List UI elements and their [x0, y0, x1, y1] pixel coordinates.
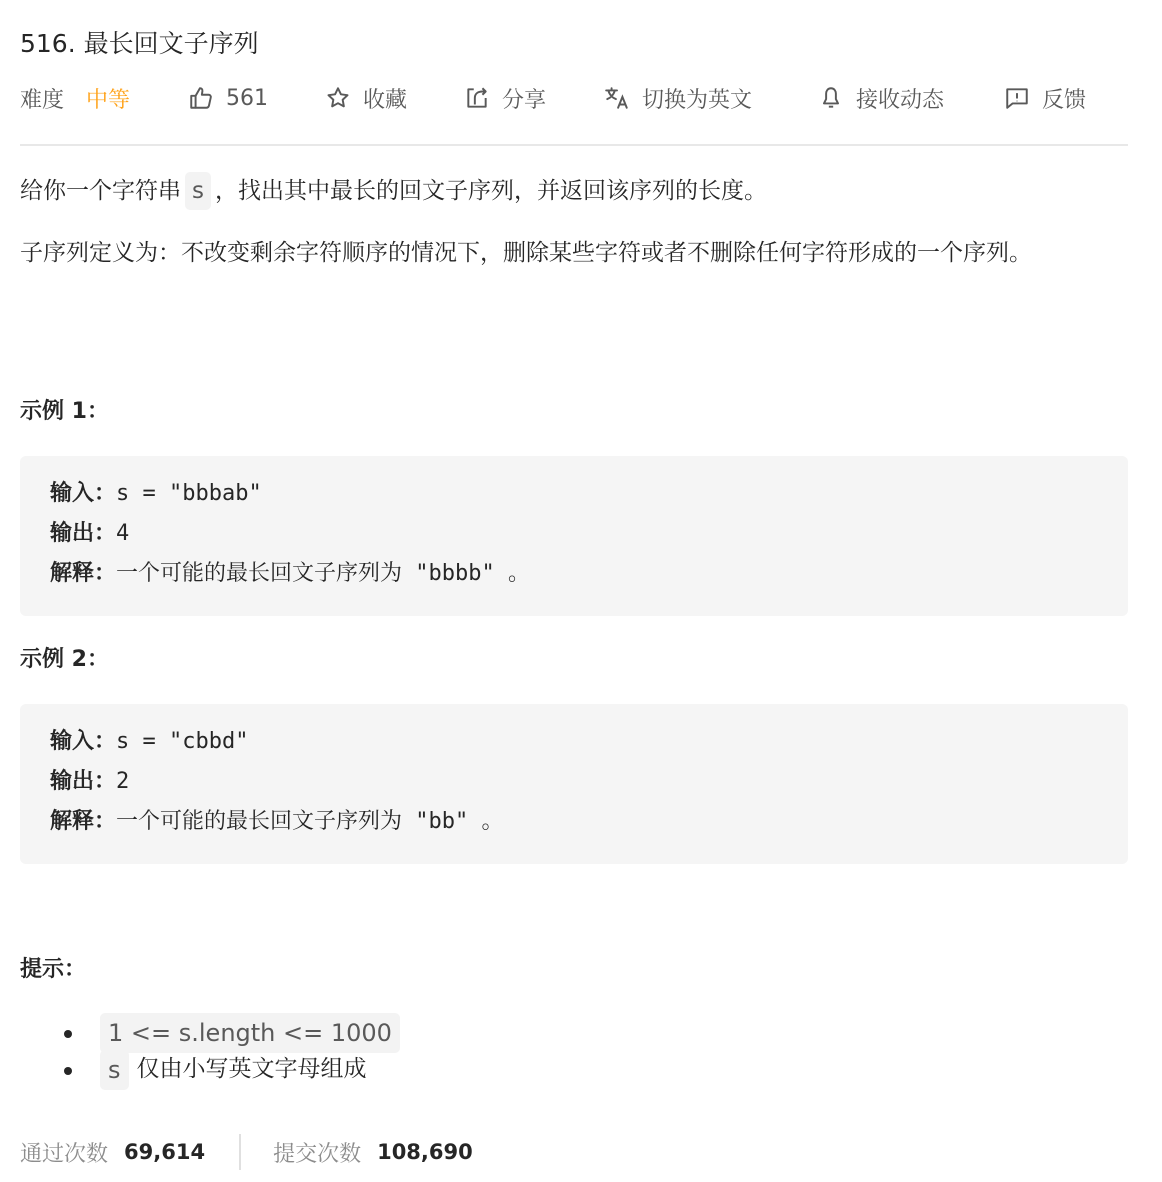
- example-1-input: 输入：s = "bbbab": [50, 474, 1098, 514]
- example-1-explanation: 解释：一个可能的最长回文子序列为 "bbbb" 。: [50, 554, 1098, 594]
- bell-icon: [818, 85, 844, 111]
- switch-language-button[interactable]: 切换为英文: [604, 80, 752, 116]
- feedback-button[interactable]: 反馈: [1004, 80, 1086, 116]
- example-1-box: 输入：s = "bbbab" 输出：4 解释：一个可能的最长回文子序列为 "bb…: [20, 456, 1128, 616]
- subscribe-button[interactable]: 接收动态: [818, 80, 944, 116]
- description-paragraph-2: 子序列定义为：不改变剩余字符顺序的情况下，删除某些字符或者不删除任何字符形成的一…: [20, 235, 1120, 271]
- hint-code: s: [100, 1050, 129, 1090]
- hint-code: 1 <= s.length <= 1000: [100, 1013, 400, 1053]
- subscribe-label: 接收动态: [856, 83, 944, 114]
- accepted-label: 通过次数: [20, 1137, 108, 1168]
- description-paragraph-1: 给你一个字符串s，找出其中最长的回文子序列，并返回该序列的长度。: [20, 172, 1120, 210]
- submission-stats: 通过次数 69,614 提交次数 108,690: [20, 1134, 473, 1170]
- translate-icon: [604, 85, 630, 111]
- problem-meta-bar: 难度 中等 561 收藏 分享: [20, 80, 1128, 116]
- hint-item: 1 <= s.length <= 1000: [70, 1014, 408, 1051]
- feedback-icon: [1004, 85, 1030, 111]
- header-divider: [20, 144, 1128, 146]
- stats-divider: [239, 1134, 241, 1170]
- star-icon: [325, 85, 351, 111]
- difficulty-label: 难度: [20, 83, 64, 114]
- problem-title: 516. 最长回文子序列: [20, 26, 259, 62]
- feedback-label: 反馈: [1042, 83, 1086, 114]
- share-label: 分享: [502, 83, 546, 114]
- hint-text: 仅由小写英文字母组成: [137, 1051, 367, 1088]
- switch-language-label: 切换为英文: [642, 83, 752, 114]
- difficulty-badge: 中等: [86, 83, 130, 114]
- hint-item: s 仅由小写英文字母组成: [70, 1051, 408, 1088]
- submissions-count: 108,690: [377, 1140, 473, 1164]
- hints-heading: 提示：: [20, 954, 86, 986]
- favorite-button[interactable]: 收藏: [325, 80, 407, 116]
- example-2-input: 输入：s = "cbbd": [50, 722, 1098, 762]
- like-button[interactable]: 561: [188, 80, 268, 116]
- example-2-explanation: 解释：一个可能的最长回文子序列为 "bb" 。: [50, 802, 1098, 842]
- thumbs-up-icon: [188, 85, 214, 111]
- share-button[interactable]: 分享: [464, 80, 546, 116]
- example-2-heading: 示例 2：: [20, 644, 109, 676]
- inline-code-s: s: [185, 172, 211, 210]
- favorite-label: 收藏: [363, 83, 407, 114]
- example-2-output: 输出：2: [50, 762, 1098, 802]
- accepted-count: 69,614: [124, 1140, 205, 1164]
- hints-list: 1 <= s.length <= 1000 s 仅由小写英文字母组成: [70, 1014, 408, 1088]
- difficulty: 难度 中等: [20, 80, 130, 116]
- example-1-heading: 示例 1：: [20, 396, 109, 428]
- example-1-output: 输出：4: [50, 514, 1098, 554]
- share-icon: [464, 85, 490, 111]
- like-count: 561: [226, 86, 268, 111]
- submissions-label: 提交次数: [273, 1137, 361, 1168]
- example-2-box: 输入：s = "cbbd" 输出：2 解释：一个可能的最长回文子序列为 "bb"…: [20, 704, 1128, 864]
